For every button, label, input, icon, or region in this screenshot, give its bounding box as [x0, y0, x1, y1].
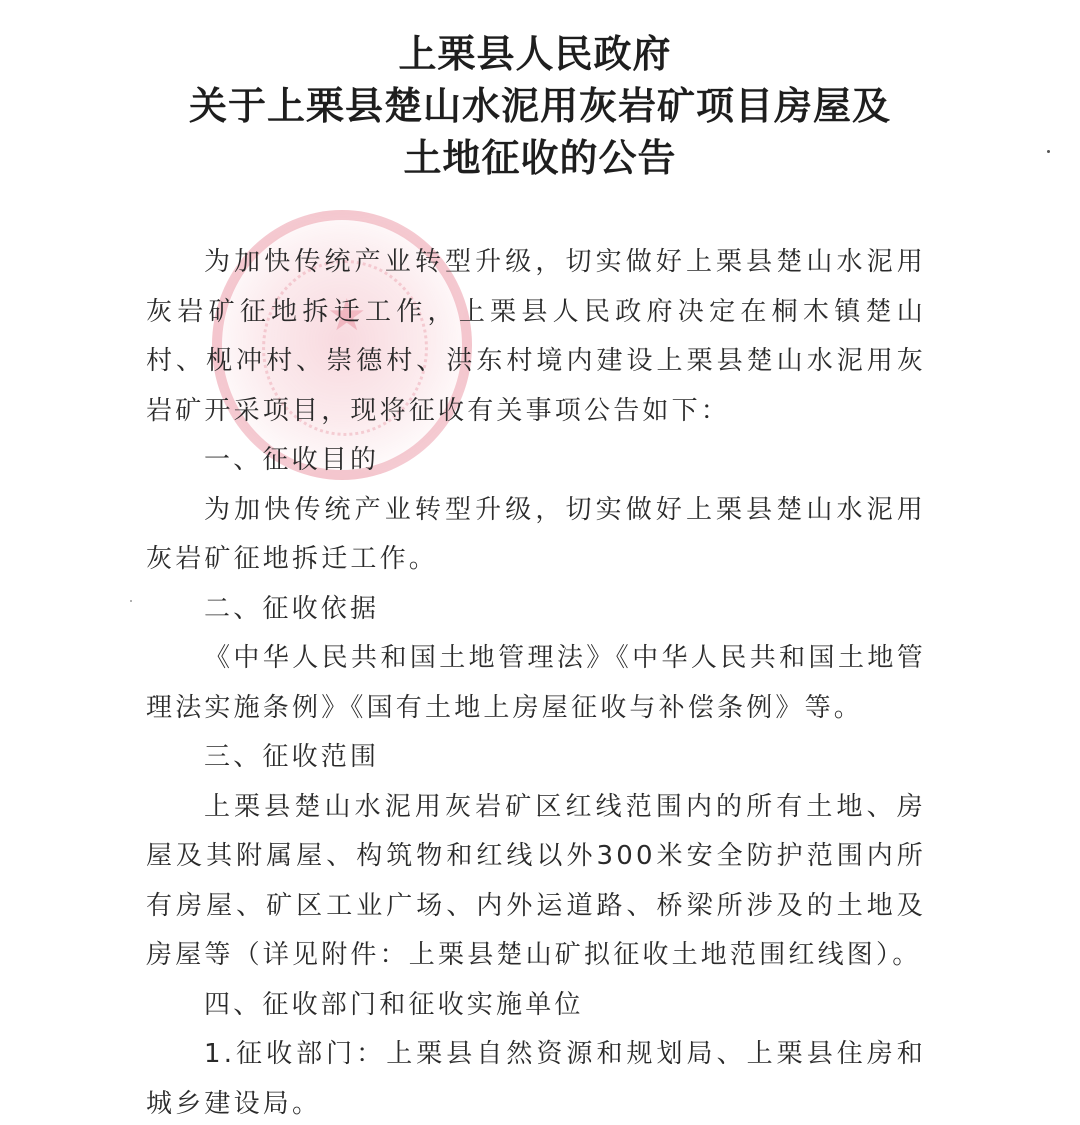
title-line-issuer: 上栗县人民政府	[0, 28, 1080, 80]
scan-speck	[130, 600, 132, 602]
section-body-scope: 上栗县楚山水泥用灰岩矿区红线范围内的所有土地、房屋及其附属屋、构筑物和红线以外3…	[146, 783, 926, 981]
section-body-purpose: 为加快传统产业转型升级，切实做好上栗县楚山水泥用灰岩矿征地拆迁工作。	[146, 486, 926, 585]
section-heading-purpose: 一、征收目的	[146, 436, 926, 486]
section-heading-basis: 二、征收依据	[146, 585, 926, 635]
section-heading-departments: 四、征收部门和征收实施单位	[146, 981, 926, 1031]
title-line-subject-cont: 土地征收的公告	[0, 132, 1080, 184]
section-body-basis: 《中华人民共和国土地管理法》《中华人民共和国土地管理法实施条例》《国有土地上房屋…	[146, 634, 926, 733]
title-line-subject: 关于上栗县楚山水泥用灰岩矿项目房屋及	[0, 80, 1080, 132]
document-body: 为加快传统产业转型升级，切实做好上栗县楚山水泥用灰岩矿征地拆迁工作，上栗县人民政…	[146, 238, 926, 1125]
section-item-departments: 1.征收部门：上栗县自然资源和规划局、上栗县住房和城乡建设局。	[146, 1030, 926, 1125]
intro-paragraph: 为加快传统产业转型升级，切实做好上栗县楚山水泥用灰岩矿征地拆迁工作，上栗县人民政…	[146, 238, 926, 436]
document-title: 上栗县人民政府 关于上栗县楚山水泥用灰岩矿项目房屋及 土地征收的公告	[0, 28, 1080, 184]
section-heading-scope: 三、征收范围	[146, 733, 926, 783]
